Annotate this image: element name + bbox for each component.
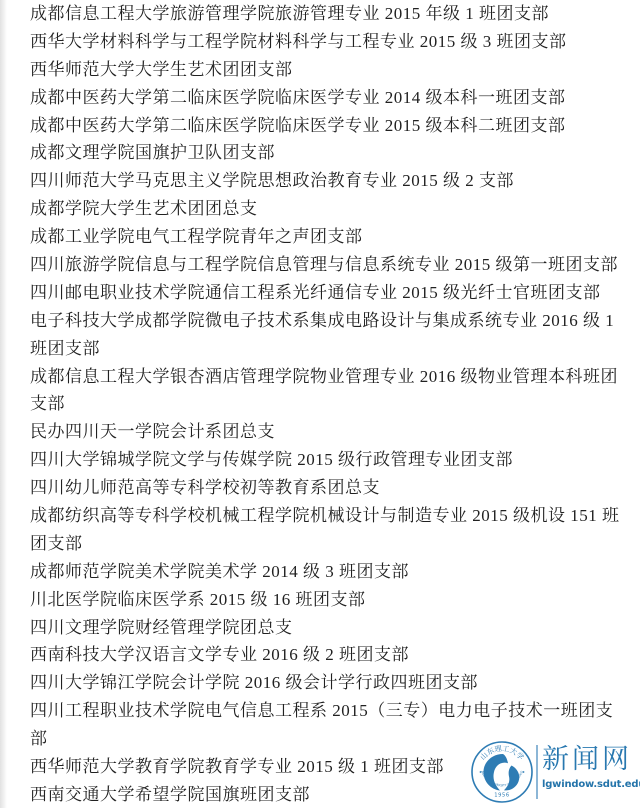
list-item-line: 成都信息工程大学银杏酒店管理学院物业管理专业 2016 级物业管理本科班团 <box>30 363 630 391</box>
list-item-line: 成都纺织高等专科学校机械工程学院机械设计与制造专业 2015 级机设 151 班 <box>30 502 630 530</box>
list-item-line: 四川工程职业技术学院电气信息工程系 2015（三专）电力电子技术一班团支 <box>30 697 630 725</box>
list-item-line: 民办四川天一学院会计系团总支 <box>30 418 630 446</box>
site-url: lgwindow.sdut.edu.cn <box>542 779 638 790</box>
list-item-line: 支部 <box>30 390 630 418</box>
list-item-line: 成都师范学院美术学院美术学 2014 级 3 班团支部 <box>30 558 630 586</box>
list-item-line: 四川幼儿师范高等专科学校初等教育系团总支 <box>30 474 630 502</box>
university-seal-logo: 山东理工大学 SHANDONG UNIVERSITY OF TECHNOLOGY… <box>470 740 534 804</box>
list-item-line: 四川大学锦江学院会计学院 2016 级会计学行政四班团支部 <box>30 669 630 697</box>
list-item-line: 成都信息工程大学旅游管理学院旅游管理专业 2015 年级 1 班团支部 <box>30 0 630 28</box>
list-item-line: 西南科技大学汉语言文学专业 2016 级 2 班团支部 <box>30 641 630 669</box>
list-item-line: 四川旅游学院信息与工程学院信息管理与信息系统专业 2015 级第一班团支部 <box>30 251 630 279</box>
list-item-line: 成都中医药大学第二临床医学院临床医学专业 2014 级本科一班团支部 <box>30 84 630 112</box>
list-item-line: 西华大学材料科学与工程学院材料科学与工程专业 2015 级 3 班团支部 <box>30 28 630 56</box>
list-item-line: 川北医学院临床医学系 2015 级 16 班团支部 <box>30 586 630 614</box>
list-item-line: 电子科技大学成都学院微电子技术系集成电路设计与集成系统专业 2016 级 1 <box>30 307 630 335</box>
list-item-line: 四川师范大学马克思主义学院思想政治教育专业 2015 级 2 支部 <box>30 167 630 195</box>
list-item-line: 四川文理学院财经管理学院团总支 <box>30 614 630 642</box>
list-item-line: 成都文理学院国旗护卫队团支部 <box>30 139 630 167</box>
list-item-line: 四川大学锦城学院文学与传媒学院 2015 级行政管理专业团支部 <box>30 446 630 474</box>
list-item-line: 成都中医药大学第二临床医学院临床医学专业 2015 级本科二班团支部 <box>30 112 630 140</box>
list-item-line: 成都工业学院电气工程学院青年之声团支部 <box>30 223 630 251</box>
seal-founding-year: 1956 <box>494 793 510 799</box>
list-item-line: 西华师范大学大学生艺术团团支部 <box>30 56 630 84</box>
list-item-line: 四川邮电职业技术学院通信工程系光纤通信专业 2015 级光纤士官班团支部 <box>30 279 630 307</box>
watermark-divider <box>536 745 538 799</box>
list-item-line: 班团支部 <box>30 335 630 363</box>
seal-left-dot <box>480 771 482 773</box>
league-branch-list: 成都信息工程大学旅游管理学院旅游管理专业 2015 年级 1 班团支部西华大学材… <box>30 0 630 808</box>
seal-right-dot <box>523 771 525 773</box>
scan-edge-shadow <box>0 0 7 808</box>
site-name: 新闻网 <box>542 744 638 774</box>
list-item-line: 团支部 <box>30 530 630 558</box>
watermark-text-block: 新闻网 lgwindow.sdut.edu.cn <box>542 744 638 790</box>
news-site-watermark: 山东理工大学 SHANDONG UNIVERSITY OF TECHNOLOGY… <box>466 736 640 808</box>
list-item-line: 成都学院大学生艺术团团总支 <box>30 195 630 223</box>
document-page: 成都信息工程大学旅游管理学院旅游管理专业 2015 年级 1 班团支部西华大学材… <box>0 0 640 808</box>
